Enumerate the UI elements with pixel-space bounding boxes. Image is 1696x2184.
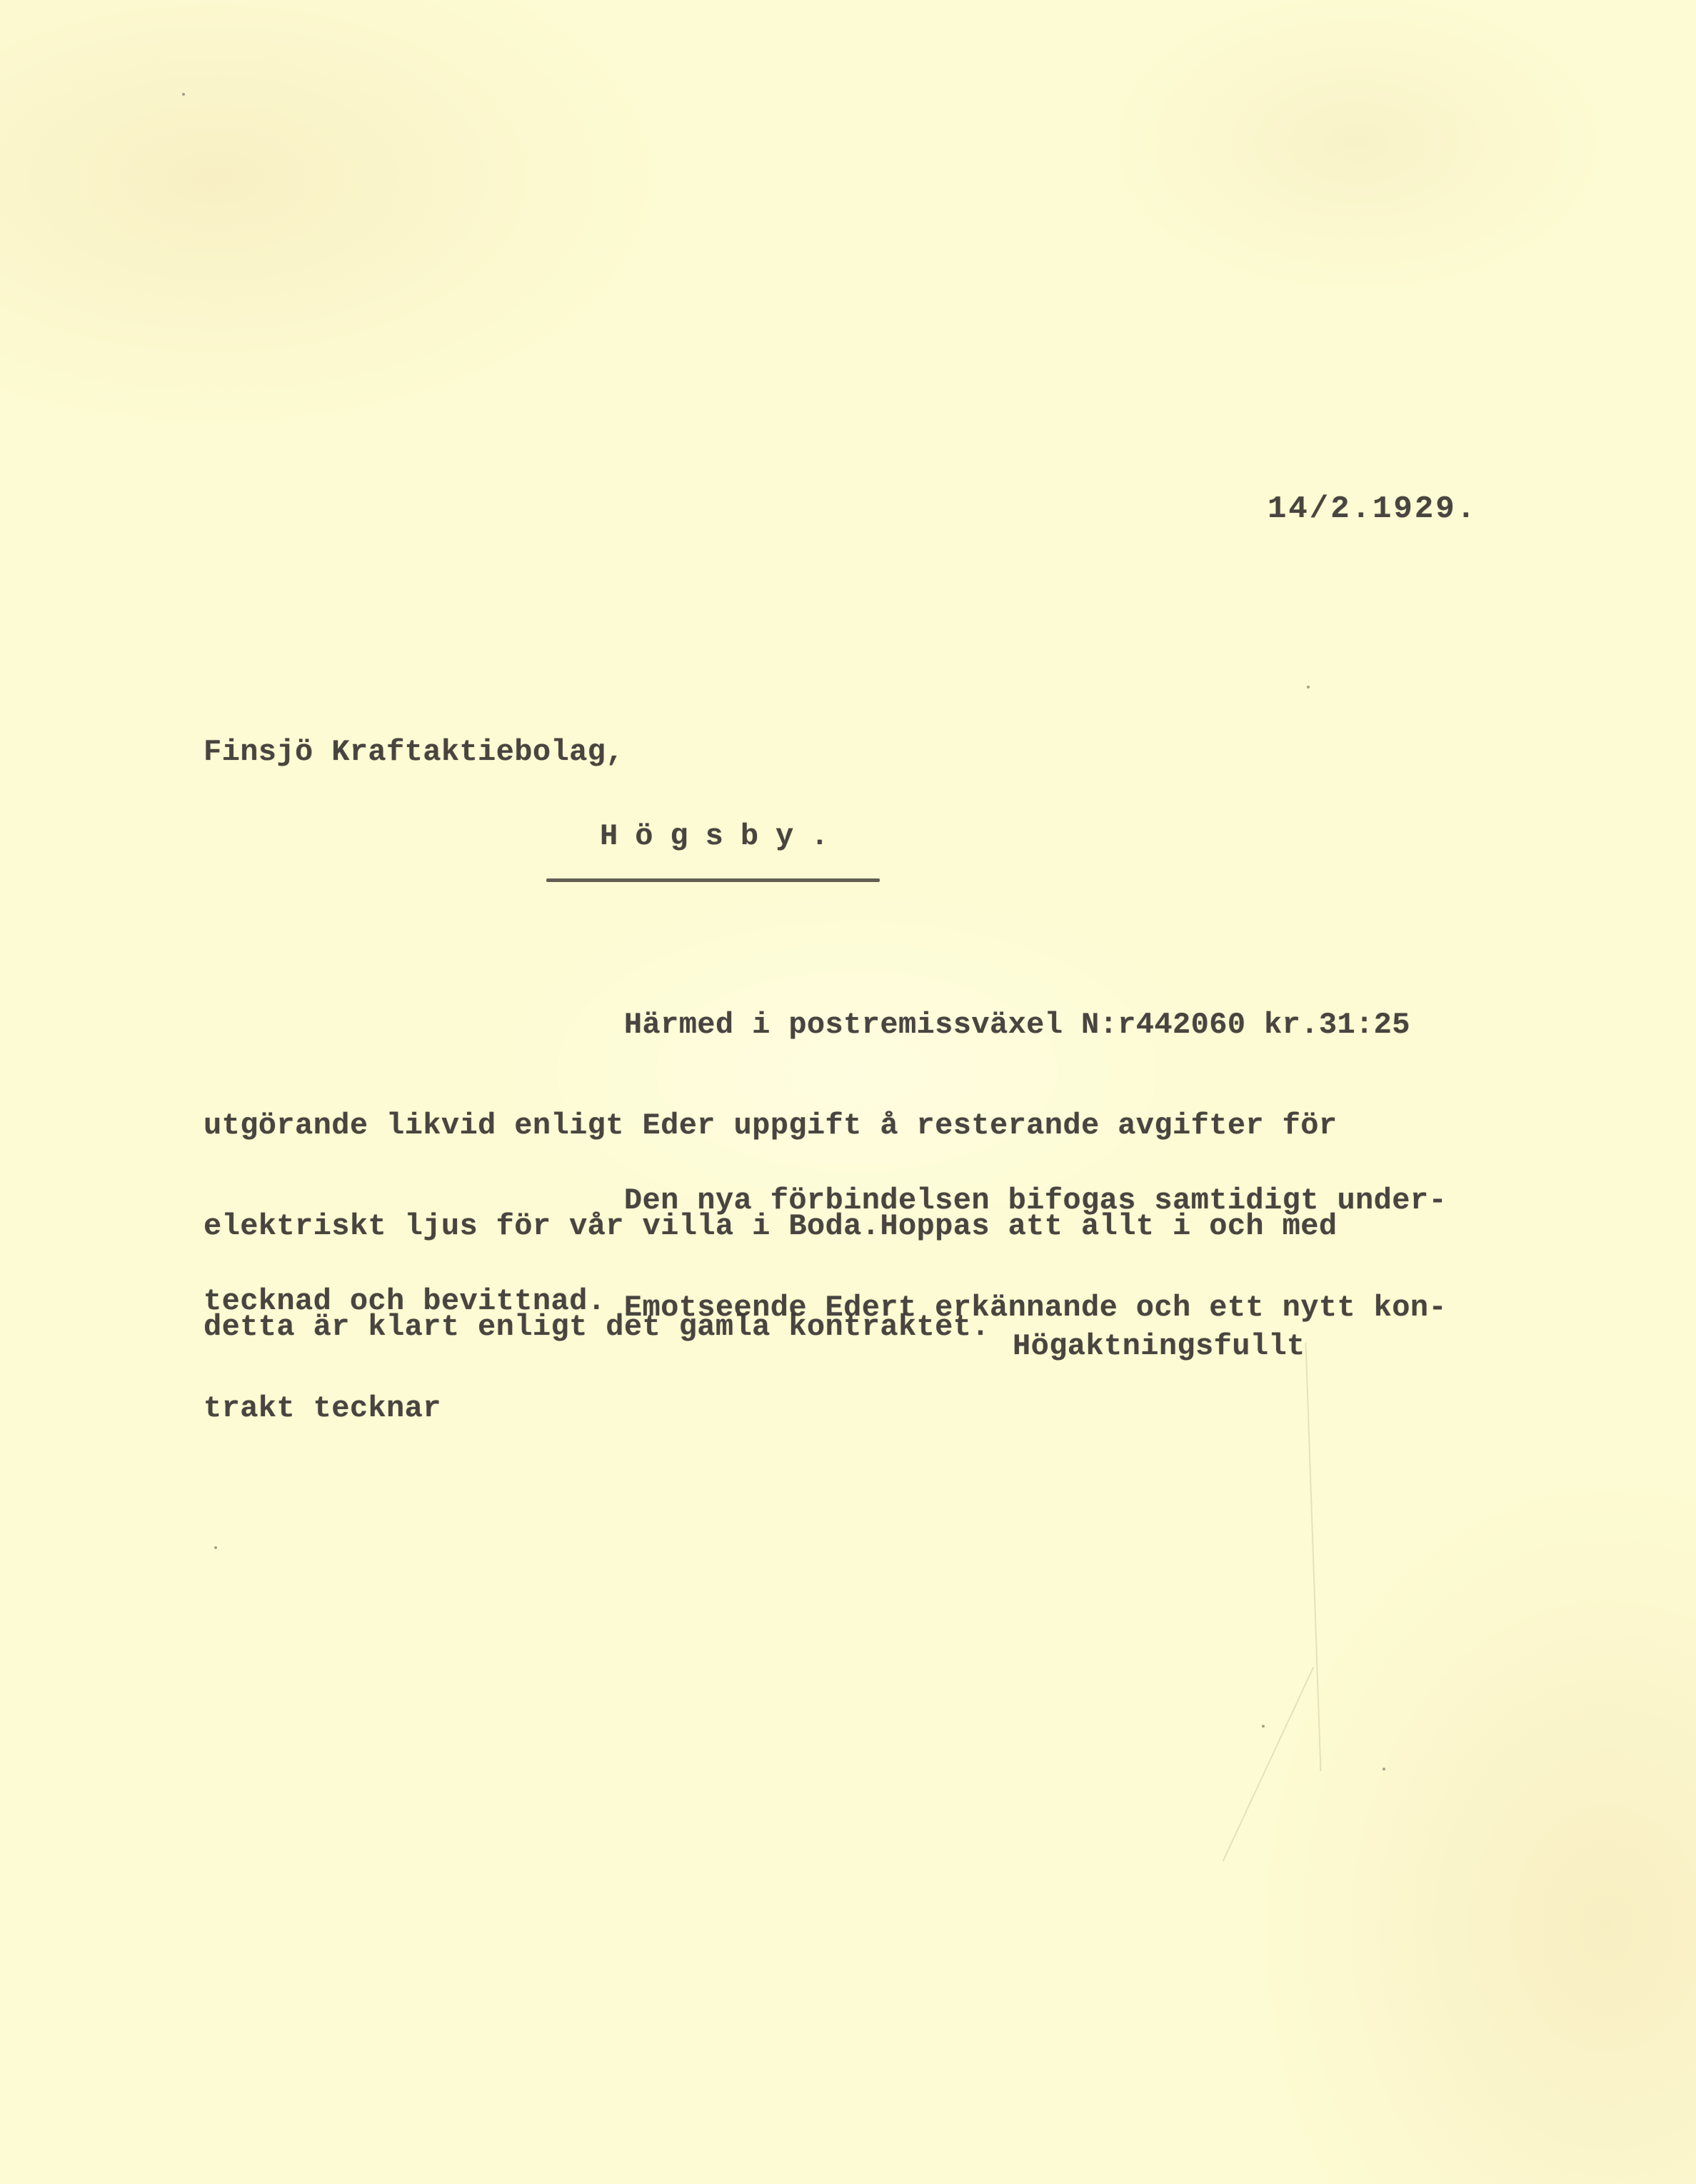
paper-speck <box>182 93 185 96</box>
paper-speck <box>1383 1768 1385 1770</box>
paper-crease <box>1223 1667 1315 1862</box>
letter-page: 14/2.1929. Finsjö Kraftaktiebolag, Högsb… <box>0 0 1696 2184</box>
closing-salutation: Högaktningsfullt <box>1013 1330 1305 1363</box>
body-line: trakt tecknar <box>204 1392 1447 1426</box>
body-line: Den nya förbindelsen bifogas samtidigt u… <box>204 1184 1447 1218</box>
body-line: Emotseende Edert erkännande och ett nytt… <box>204 1291 1447 1325</box>
city-underline <box>546 878 880 882</box>
paper-speck <box>214 1546 217 1549</box>
letter-date: 14/2.1929. <box>1268 493 1477 526</box>
paper-speck <box>1262 1725 1265 1728</box>
body-line: Härmed i postremissväxel N:r442060 kr.31… <box>204 1008 1410 1042</box>
paper-speck <box>1307 686 1310 688</box>
recipient-name: Finsjö Kraftaktiebolag, <box>204 736 624 769</box>
recipient-city: Högsby. <box>600 820 846 853</box>
